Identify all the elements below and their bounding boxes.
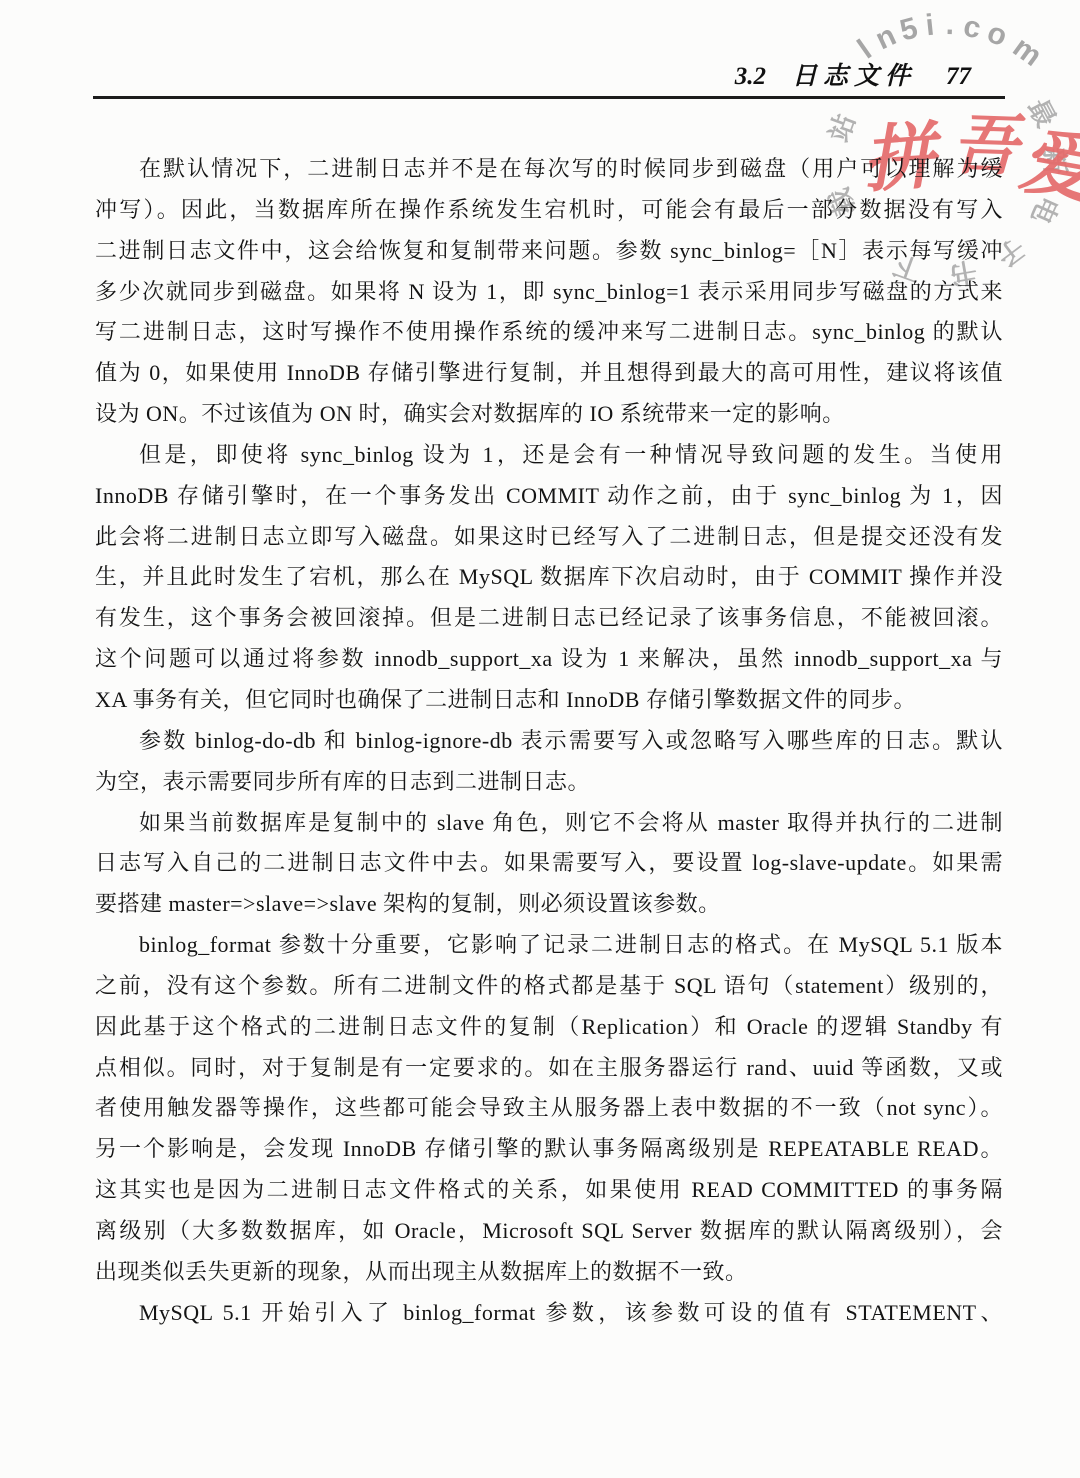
text-line: 设为 ON。不过该值为 ON 时，确实会对数据库的 IO 系统带来一定的影响。	[95, 394, 1003, 435]
page-number: 77	[946, 63, 971, 90]
text-line: binlog_format 参数十分重要，它影响了记录二进制日志的格式。在 My…	[95, 925, 1003, 966]
text-line: 冲写）。因此，当数据库所在操作系统发生宕机时，可能会有最后一部分数据没有写入	[95, 190, 1003, 231]
text-line: 在默认情况下，二进制日志并不是在每次写的时候同步到磁盘（用户可以理解为缓	[95, 149, 1003, 190]
text-line: 这其实也是因为二进制日志文件格式的关系，如果使用 READ COMMITTED …	[95, 1170, 1003, 1211]
watermark-ring-char: 电	[1024, 190, 1071, 231]
text-line: 要搭建 master=>slave=>slave 架构的复制，则必须设置该参数。	[95, 884, 1003, 925]
text-line: 日志写入自己的二进制日志文件中去。如果需要写入，要设置 log-slave-up…	[95, 843, 1003, 884]
text-line: 者使用触发器等操作，这些都可能会导致主从服务器上表中数据的不一致（not syn…	[95, 1088, 1003, 1129]
text-line: 此会将二进制日志立即写入磁盘。如果这时已经写入了二进制日志，但是提交还没有发	[95, 517, 1003, 558]
text-line: 写二进制日志，这时写操作不使用操作系统的缓冲来写二进制日志。sync_binlo…	[95, 312, 1003, 353]
text-line: 这个问题可以通过将参数 innodb_support_xa 设为 1 来解决，虽…	[95, 639, 1003, 680]
watermark-ring-char: 最	[1020, 91, 1067, 133]
text-line: 多少次就同步到磁盘。如果将 N 设为 1，即 sync_binlog=1 表示采…	[95, 272, 1003, 313]
text-line: InnoDB 存储引擎时，在一个事务发出 COMMIT 动作之前，由于 sync…	[95, 476, 1003, 517]
text-line: 为空，表示需要同步所有库的日志到二进制日志。	[95, 762, 1003, 803]
text-line: 生，并且此时发生了宕机，那么在 MySQL 数据库下次启动时，由于 COMMIT…	[95, 557, 1003, 598]
text-line: 但是，即使将 sync_binlog 设为 1，还是会有一种情况导致问题的发生。…	[95, 435, 1003, 476]
header-rule	[93, 96, 1005, 99]
text-line: 值为 0，如果使用 InnoDB 存储引擎进行复制，并且想得到最大的高可用性，建…	[95, 353, 1003, 394]
watermark-arc-letter: m	[1006, 30, 1048, 73]
watermark-stamp-char: 爱	[1013, 98, 1080, 219]
text-line: MySQL 5.1 开始引入了 binlog_format 参数，该参数可设的值…	[95, 1293, 1003, 1334]
body-text: 在默认情况下，二进制日志并不是在每次写的时候同步到磁盘（用户可以理解为缓冲写）。…	[95, 149, 1003, 1333]
text-line: 之前，没有这个参数。所有二进制文件的格式都是基于 SQL 语句（statemen…	[95, 966, 1003, 1007]
text-line: 离级别（大多数数据库，如 Oracle，Microsoft SQL Server…	[95, 1211, 1003, 1252]
watermark-arc-letter: c	[960, 9, 983, 46]
watermark-ring-char: 新	[1037, 147, 1077, 175]
watermark-arc-letter: n	[870, 19, 901, 58]
watermark-arc-letter: i	[924, 8, 936, 43]
text-line: 点相似。同时，对于复制是有一定要求的。如在主服务器运行 rand、uuid 等函…	[95, 1048, 1003, 1089]
watermark-arc-letter: .	[945, 8, 955, 42]
text-line: 二进制日志文件中，这会给恢复和复制带来问题。参数 sync_binlog=［N］…	[95, 231, 1003, 272]
scanned-book-page: ln5i.com 最新电子书下载站 拼吾爱 3.2日志文件77 在默认情况下，二…	[0, 0, 1080, 1478]
text-line: 因此基于这个格式的二进制日志文件的复制（Replication）和 Oracle…	[95, 1007, 1003, 1048]
watermark-ring-char: 站	[817, 107, 863, 146]
chapter-title: 日志文件	[792, 63, 916, 90]
text-line: 如果当前数据库是复制中的 slave 角色，则它不会将从 master 取得并执…	[95, 803, 1003, 844]
text-line: XA 事务有关，但它同时也确保了二进制日志和 InnoDB 存储引擎数据文件的同…	[95, 680, 1003, 721]
watermark-arc-letter: o	[983, 16, 1013, 54]
text-line: 参数 binlog-do-db 和 binlog-ignore-db 表示需要写…	[95, 721, 1003, 762]
watermark-arc-letter: 5	[896, 11, 921, 48]
section-number: 3.2	[735, 63, 766, 90]
text-line: 出现类似丢失更新的现象，从而出现主从数据库上的数据不一致。	[95, 1252, 1003, 1293]
text-line: 有发生，这个事务会被回滚掉。但是二进制日志已经记录了该事务信息，不能被回滚。	[95, 598, 1003, 639]
running-head: 3.2日志文件77	[93, 56, 971, 92]
text-line: 另一个影响是，会发现 InnoDB 存储引擎的默认事务隔离级别是 REPEATA…	[95, 1129, 1003, 1170]
